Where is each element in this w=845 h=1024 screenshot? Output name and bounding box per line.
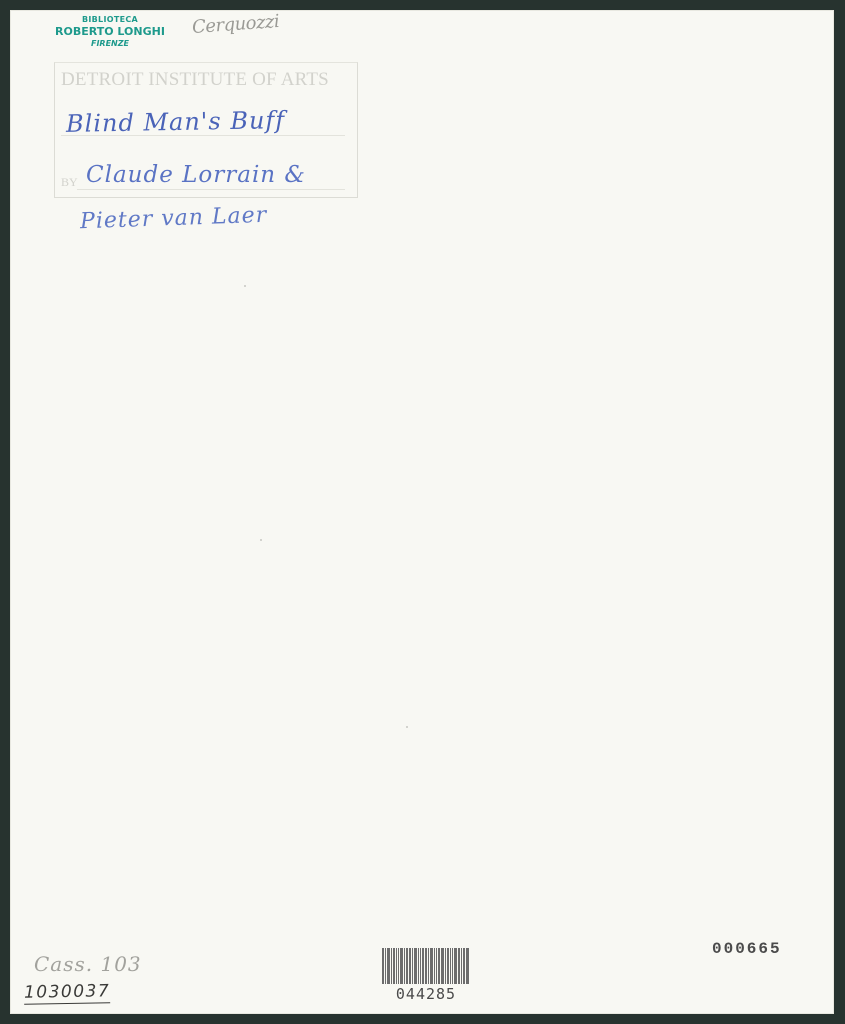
photo-verso-sheet: BIBLIOTECA ROBERTO LONGHI FIRENZE Cerquo…	[10, 10, 834, 1014]
library-stamp-line1: BIBLIOTECA	[54, 16, 166, 24]
pencil-annotation-top: Cerquozzi	[191, 11, 279, 38]
stamp-by-label: BY	[61, 175, 78, 190]
library-stamp-line3: FIRENZE	[54, 40, 166, 48]
inventory-number: 1030037	[24, 981, 111, 1005]
barcode-bars	[378, 948, 474, 984]
serial-number-stamp: 000665	[712, 940, 782, 958]
paper-speck	[406, 726, 408, 728]
barcode-number: 044285	[378, 985, 474, 1003]
library-stamp: BIBLIOTECA ROBERTO LONGHI FIRENZE	[54, 16, 166, 48]
barcode-label: 044285	[378, 948, 474, 1003]
handwritten-artist-line2: Pieter van Laer	[80, 203, 268, 235]
handwritten-artist-line1: Claude Lorrain &	[86, 162, 306, 188]
stamp-artist-rule	[77, 189, 345, 190]
handwritten-artwork-title: Blind Man's Buff	[66, 106, 286, 138]
paper-speck	[260, 539, 262, 541]
paper-speck	[244, 285, 246, 287]
pencil-annotation-cassetta: Cass. 103	[34, 952, 142, 976]
museum-stamp-institution: DETROIT INSTITUTE OF ARTS	[61, 69, 329, 91]
library-stamp-line2: ROBERTO LONGHI	[54, 26, 166, 38]
